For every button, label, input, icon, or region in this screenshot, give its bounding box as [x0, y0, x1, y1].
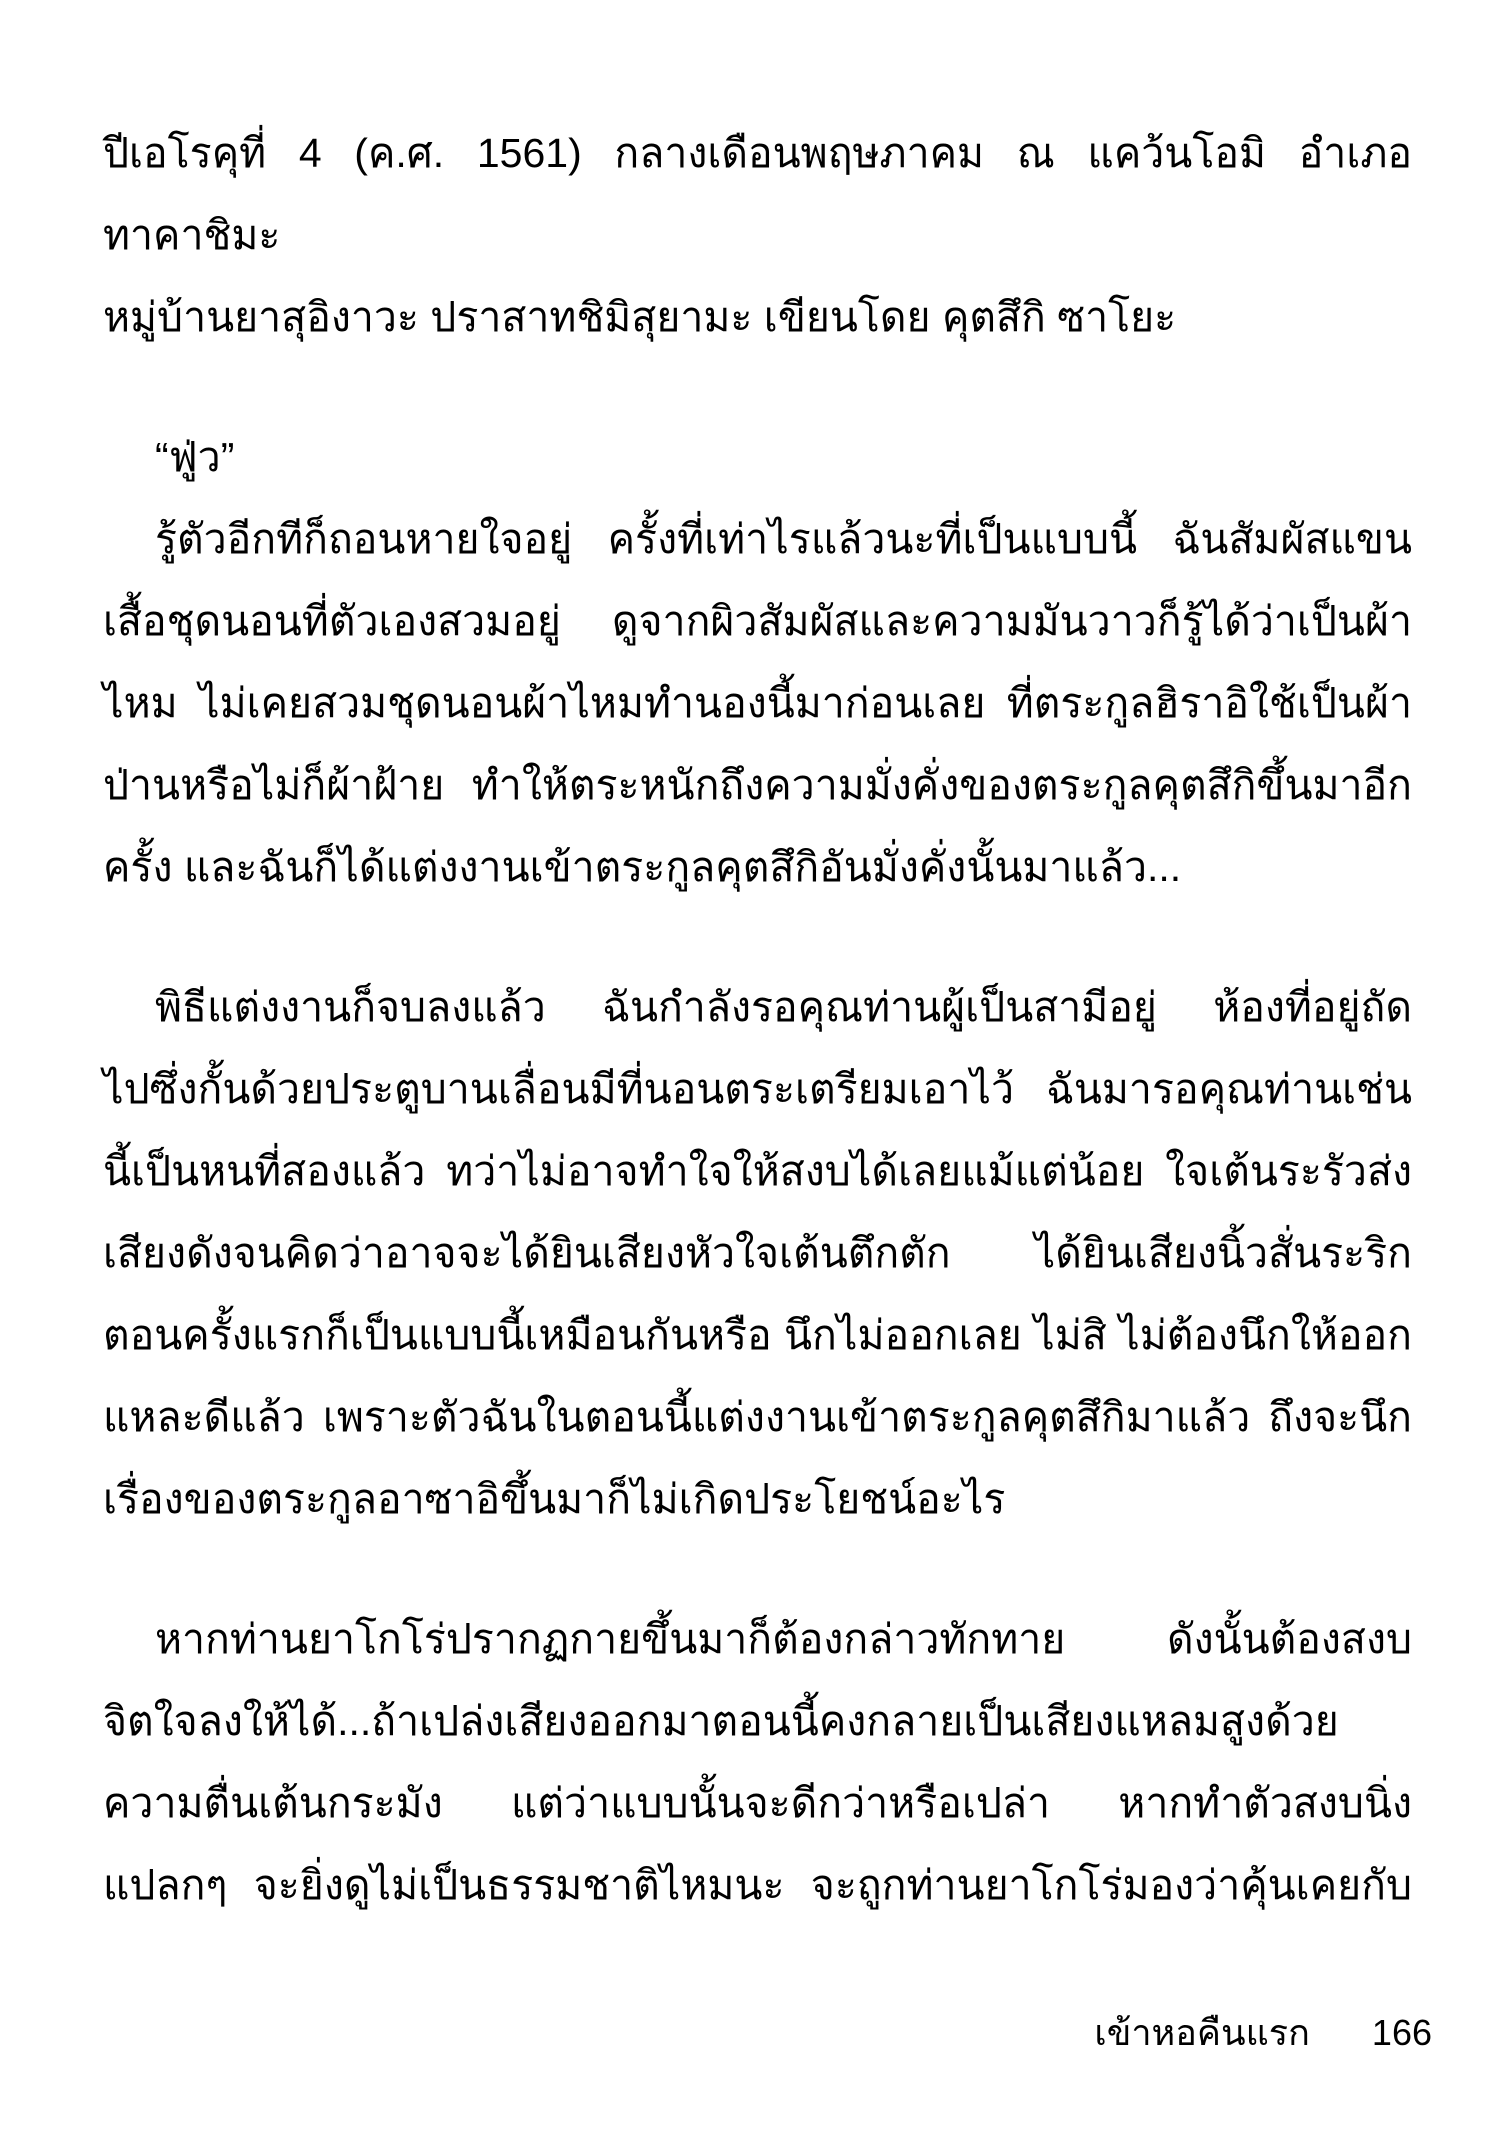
text-line: เรื่องของตระกูลอาซาอิขึ้นมาก็ไม่เกิดประโ…	[103, 1458, 1412, 1540]
text-line: เสื้อชุดนอนที่ตัวเองสวมอยู่ ดูจากผิวสัมผ…	[103, 580, 1412, 662]
text-line: “ฟู่ว”	[103, 416, 1412, 498]
paragraph-block: รู้ตัวอีกทีก็ถอนหายใจอยู่ ครั้งที่เท่าไร…	[103, 498, 1412, 908]
paragraph-block: พิธีแต่งงานก็จบลงแล้ว ฉันกำลังรอคุณท่านผ…	[103, 966, 1412, 1540]
text-line: ทาคาชิมะ	[103, 194, 1412, 276]
chapter-title: เข้าหอคืนแรก	[1094, 2005, 1310, 2061]
page-number: 166	[1372, 2005, 1432, 2061]
text-line: นี้เป็นหนที่สองแล้ว ทว่าไม่อาจทำใจให้สงบ…	[103, 1130, 1412, 1212]
text-line: ป่านหรือไม่ก็ผ้าฝ้าย ทำให้ตระหนักถึงความ…	[103, 744, 1412, 826]
text-line: รู้ตัวอีกทีก็ถอนหายใจอยู่ ครั้งที่เท่าไร…	[103, 498, 1412, 580]
text-line: ตอนครั้งแรกก็เป็นแบบนี้เหมือนกันหรือ นึก…	[103, 1294, 1412, 1376]
text-line: ปีเอโรคุที่ 4 (ค.ศ. 1561) กลางเดือนพฤษภา…	[103, 112, 1412, 194]
text-line: ครั้ง และฉันก็ได้แต่งงานเข้าตระกูลคุตสึก…	[103, 826, 1412, 908]
page-text-body: ปีเอโรคุที่ 4 (ค.ศ. 1561) กลางเดือนพฤษภา…	[103, 112, 1412, 1926]
text-line: ความตื่นเต้นกระมัง แต่ว่าแบบนั้นจะดีกว่า…	[103, 1762, 1412, 1844]
text-line: พิธีแต่งงานก็จบลงแล้ว ฉันกำลังรอคุณท่านผ…	[103, 966, 1412, 1048]
page-footer: เข้าหอคืนแรก 166	[1094, 2005, 1432, 2061]
paragraph-block: “ฟู่ว”	[103, 416, 1412, 498]
text-line: ไปซึ่งกั้นด้วยประตูบานเลื่อนมีที่นอนตระเ…	[103, 1048, 1412, 1130]
paragraph-block: ปีเอโรคุที่ 4 (ค.ศ. 1561) กลางเดือนพฤษภา…	[103, 112, 1412, 276]
text-line: จิตใจลงให้ได้...ถ้าเปล่งเสียงออกมาตอนนี้…	[103, 1680, 1412, 1762]
book-page: ปีเอโรคุที่ 4 (ค.ศ. 1561) กลางเดือนพฤษภา…	[0, 0, 1512, 2150]
text-line: หมู่บ้านยาสุอิงาวะ ปราสาทชิมิสุยามะ เขีย…	[103, 276, 1412, 358]
text-line: เสียงดังจนคิดว่าอาจจะได้ยินเสียงหัวใจเต้…	[103, 1212, 1412, 1294]
text-line: ไหม ไม่เคยสวมชุดนอนผ้าไหมทำนองนี้มาก่อนเ…	[103, 662, 1412, 744]
text-line: หากท่านยาโกโร่ปรากฏกายขึ้นมาก็ต้องกล่าวท…	[103, 1598, 1412, 1680]
paragraph-block: หากท่านยาโกโร่ปรากฏกายขึ้นมาก็ต้องกล่าวท…	[103, 1598, 1412, 1926]
text-line: แปลกๆ จะยิ่งดูไม่เป็นธรรมชาติไหมนะ จะถูก…	[103, 1844, 1412, 1926]
text-line: แหละดีแล้ว เพราะตัวฉันในตอนนี้แต่งงานเข้…	[103, 1376, 1412, 1458]
paragraph-block: หมู่บ้านยาสุอิงาวะ ปราสาทชิมิสุยามะ เขีย…	[103, 276, 1412, 358]
